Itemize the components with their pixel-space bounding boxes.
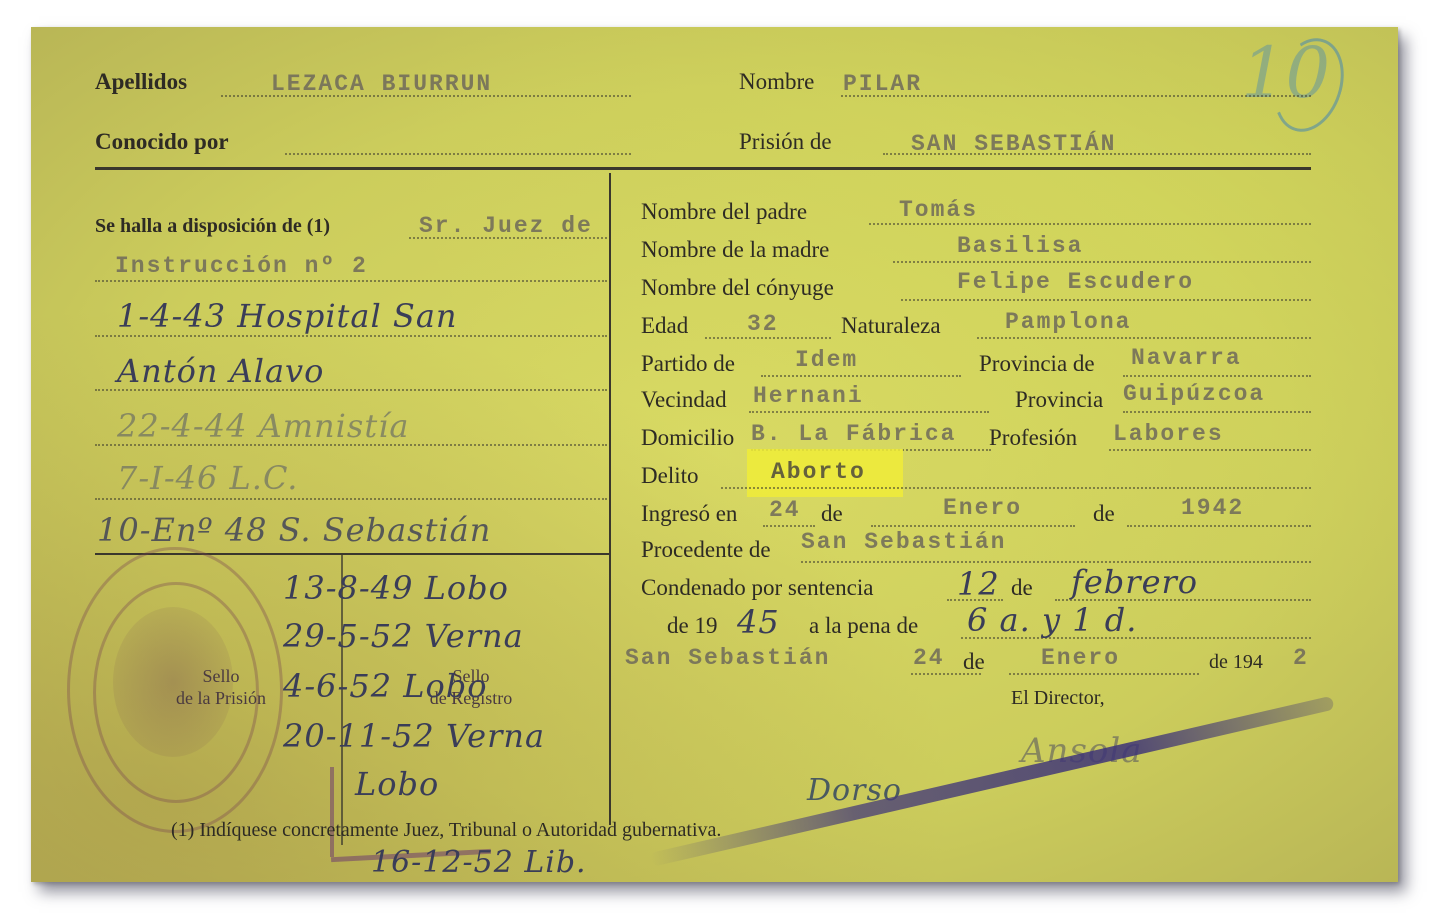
- left-dotted-line-5: [95, 498, 607, 500]
- ingreso-year-dotted-line: [1127, 525, 1311, 527]
- stamp-line-vertical: [330, 767, 334, 857]
- procedente-value: San Sebastián: [801, 529, 1006, 555]
- conyuge-label: Nombre del cónyuge: [641, 275, 834, 301]
- ingreso-de-2: de: [1093, 501, 1115, 527]
- seal-prison-label: Sello de la Prisión: [151, 665, 291, 709]
- conyuge-value: Felipe Escudero: [957, 269, 1194, 295]
- place-date-city: San Sebastián: [625, 645, 830, 671]
- registry-entry-5: Lobo: [355, 765, 439, 803]
- disposicion-value-2: Instrucción nº 2: [115, 253, 368, 279]
- footnote: (1) Indíquese concretamente Juez, Tribun…: [171, 819, 721, 842]
- conocido-dotted-line: [285, 153, 631, 155]
- provincia-label: Provincia: [1015, 387, 1103, 413]
- ingreso-month-dotted-line: [871, 525, 1075, 527]
- partido-label: Partido de: [641, 351, 735, 377]
- naturaleza-label: Naturaleza: [841, 313, 941, 339]
- disposicion-value-1: Sr. Juez de: [419, 213, 593, 239]
- condenado-month: febrero: [1071, 563, 1198, 601]
- handwritten-final: 16-12-52 Lib.: [371, 845, 587, 880]
- edad-label: Edad: [641, 313, 688, 339]
- seal-prison-label-line-2: de la Prisión: [151, 687, 291, 709]
- procedente-label: Procedente de: [641, 537, 771, 563]
- handwritten-line-2: Antón Alavo: [117, 352, 324, 390]
- padre-dotted-line: [869, 223, 1311, 225]
- header-divider: [95, 167, 1311, 170]
- left-dotted-line-4: [95, 444, 607, 446]
- prison-record-card: 10 Apellidos LEZACA BIURRUN Nombre PILAR…: [31, 27, 1398, 882]
- place-date-month: Enero: [1041, 645, 1120, 671]
- prision-value: SAN SEBASTIÁN: [911, 131, 1116, 157]
- condenado-year-suffix: 45: [737, 603, 780, 641]
- madre-label: Nombre de la madre: [641, 237, 829, 263]
- partido-dotted-line: [761, 375, 961, 377]
- domicilio-value: B. La Fábrica: [751, 421, 956, 447]
- nombre-value: PILAR: [843, 71, 922, 97]
- handwritten-line-3: 22-4-44 Amnistía: [117, 407, 409, 445]
- place-date-year-prefix: de 194: [1209, 651, 1263, 674]
- profesion-dotted-line: [1109, 449, 1311, 451]
- nombre-label: Nombre: [739, 69, 814, 95]
- left-dotted-line-1: [95, 280, 607, 282]
- naturaleza-value: Pamplona: [1005, 309, 1131, 335]
- apellidos-value: LEZACA BIURRUN: [271, 71, 492, 97]
- condenado-day: 12: [957, 565, 1000, 603]
- condenado-year-prefix: de 19: [667, 613, 717, 639]
- partido-value: Idem: [795, 347, 858, 373]
- column-divider: [609, 173, 611, 825]
- madre-dotted-line: [893, 261, 1311, 263]
- delito-dotted-line: [721, 487, 1311, 489]
- pena-value: 6 a. y 1 d.: [967, 601, 1137, 639]
- ingreso-de-1: de: [821, 501, 843, 527]
- place-date-year-suffix: 2: [1293, 645, 1309, 671]
- delito-value: Aborto: [771, 459, 866, 485]
- provincia-de-dotted-line: [1123, 375, 1311, 377]
- domicilio-label: Domicilio: [641, 425, 734, 451]
- vecindad-dotted-line: [749, 411, 989, 413]
- conyuge-dotted-line: [901, 299, 1311, 301]
- handwritten-line-5: 10-Enº 48 S. Sebastián: [97, 511, 491, 549]
- handwritten-line-4: 7-I-46 L.C.: [117, 459, 298, 497]
- ingreso-month: Enero: [943, 495, 1022, 521]
- apellidos-label: Apellidos: [95, 69, 187, 95]
- padre-value: Tomás: [899, 197, 978, 223]
- madre-value: Basilisa: [957, 233, 1083, 259]
- provincia-de-value: Navarra: [1131, 345, 1242, 371]
- procedente-dotted-line: [801, 561, 1311, 563]
- provincia-value: Guipúzcoa: [1123, 381, 1265, 407]
- edad-dotted-line: [705, 337, 831, 339]
- condenado-label: Condenado por sentencia: [641, 575, 873, 601]
- padre-label: Nombre del padre: [641, 199, 807, 225]
- place-date-month-dotted-line: [1009, 673, 1199, 675]
- seal-prison-label-line-1: Sello: [151, 665, 291, 687]
- naturaleza-dotted-line: [977, 337, 1311, 339]
- handwritten-line-1: 1-4-43 Hospital San: [117, 297, 458, 335]
- conocido-label: Conocido por: [95, 129, 229, 155]
- director-label: El Director,: [1011, 687, 1105, 710]
- profesion-value: Labores: [1113, 421, 1224, 447]
- vecindad-value: Hernani: [753, 383, 864, 409]
- registry-entry-2: 29-5-52 Verna: [283, 617, 524, 655]
- place-date-day: 24: [913, 645, 945, 671]
- prision-label: Prisión de: [739, 129, 832, 155]
- pena-label: a la pena de: [809, 613, 918, 639]
- profesion-label: Profesión: [989, 425, 1077, 451]
- ingreso-label: Ingresó en: [641, 501, 737, 527]
- provincia-de-label: Provincia de: [979, 351, 1095, 377]
- edad-value: 32: [747, 311, 779, 337]
- delito-label: Delito: [641, 463, 699, 489]
- corner-mark: 10: [1241, 32, 1330, 114]
- registry-entry-1: 13-8-49 Lobo: [283, 569, 509, 607]
- registry-entry-4: 20-11-52 Verna: [283, 717, 545, 755]
- ingreso-day: 24: [769, 497, 801, 523]
- condenado-de: de: [1011, 575, 1033, 601]
- left-dotted-line-3: [95, 389, 607, 391]
- registry-entry-3: 4-6-52 Lobo: [283, 667, 488, 705]
- ingreso-day-dotted-line: [763, 525, 815, 527]
- provincia-dotted-line: [1123, 411, 1311, 413]
- vecindad-label: Vecindad: [641, 387, 727, 413]
- ink-streak: [649, 696, 1334, 867]
- place-date-de: de: [963, 649, 985, 675]
- left-dotted-line-2: [95, 335, 607, 337]
- ingreso-year: 1942: [1181, 495, 1244, 521]
- disposicion-label: Se halla a disposición de (1): [95, 215, 330, 238]
